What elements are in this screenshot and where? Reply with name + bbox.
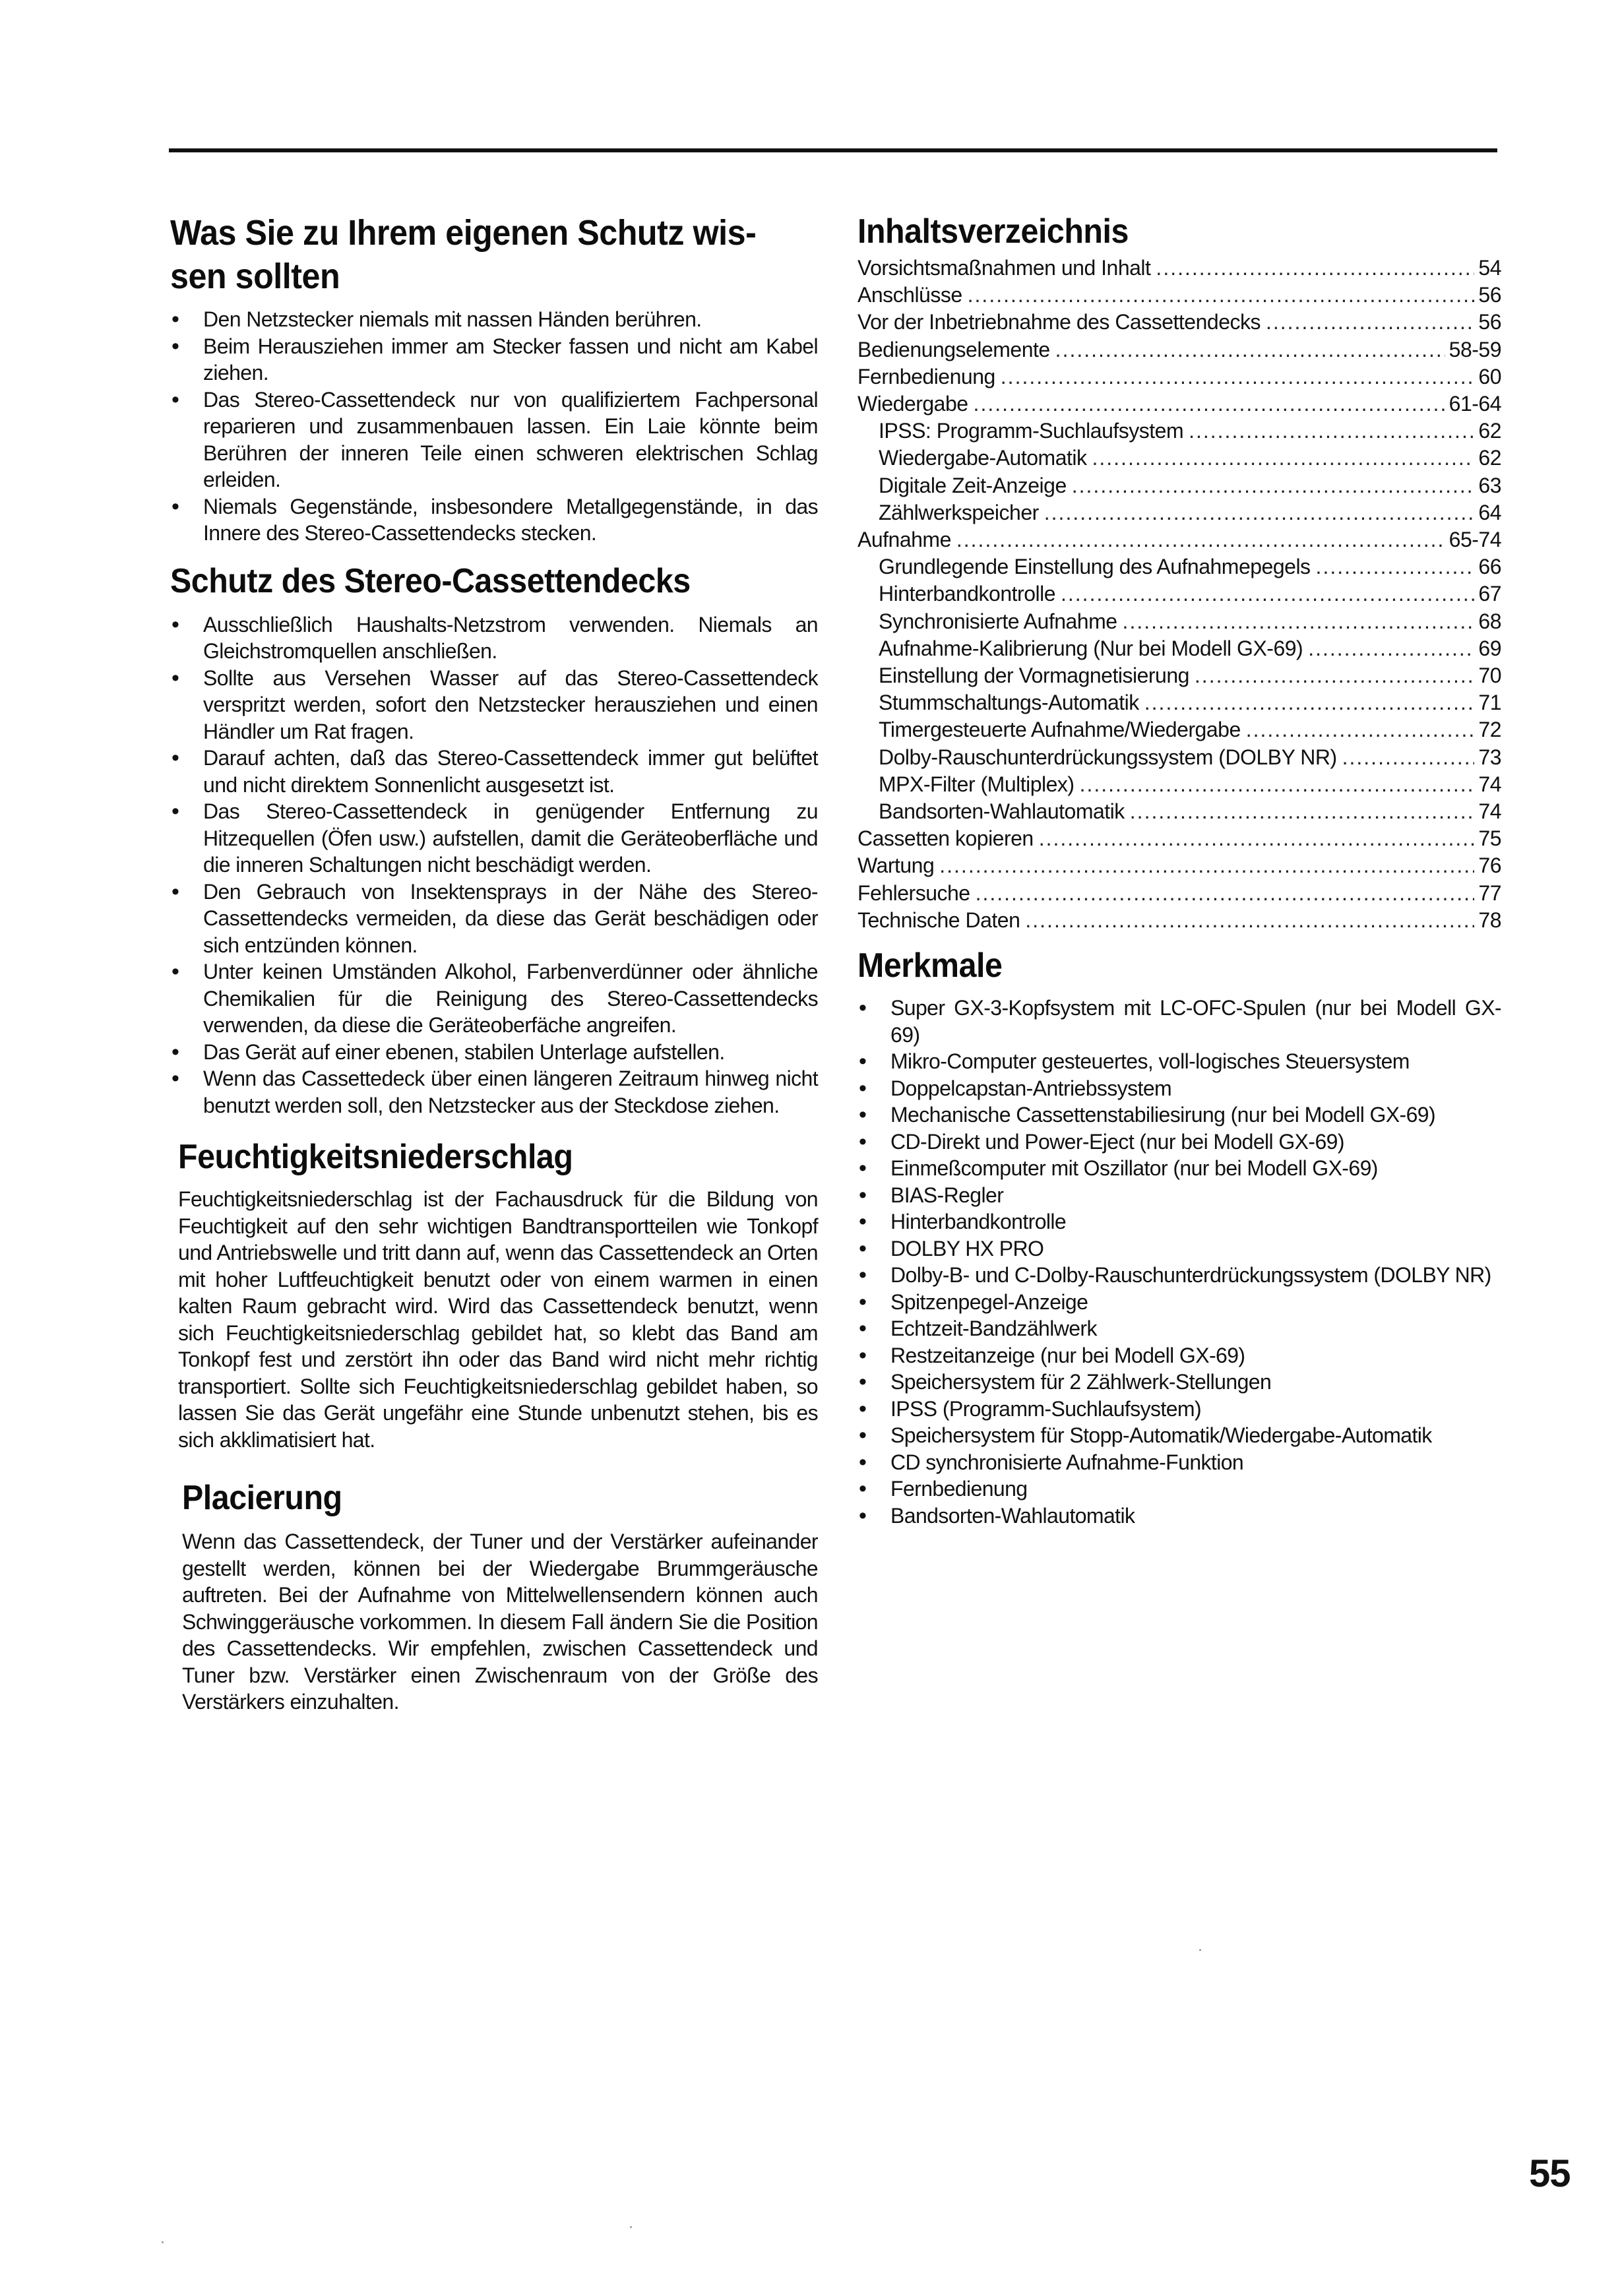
toc-leader-dots <box>1342 744 1475 771</box>
toc-entry-page: 62 <box>1474 445 1501 472</box>
toc-entry-label: Wiedergabe-Automatik <box>879 445 1092 472</box>
list-item: Das Gerät auf einer ebenen, stabilen Unt… <box>170 1039 818 1066</box>
toc-entry-label: Bedienungselemente <box>857 336 1055 363</box>
toc-entry-page: 75 <box>1474 825 1501 852</box>
toc-entry: Aufnahme65-74 <box>857 526 1501 553</box>
section-personal-safety: Was Sie zu Ihrem eigenen Schutz wis- sen… <box>170 211 818 547</box>
toc-entry: Timergesteuerte Aufnahme/Wiedergabe72 <box>857 716 1501 743</box>
toc-leader-dots <box>1316 553 1475 580</box>
toc-leader-dots <box>1092 445 1474 472</box>
header-rule <box>169 148 1497 152</box>
toc-entry-page: 67 <box>1474 580 1501 607</box>
toc-entry: Hinterbandkontrolle67 <box>857 580 1501 607</box>
list-item: DOLBY HX PRO <box>857 1235 1501 1262</box>
toc-entry: Bedienungselemente58-59 <box>857 336 1501 363</box>
toc-entry: Vor der Inbetriebnahme des Cassettendeck… <box>857 309 1501 336</box>
toc-entry-label: Technische Daten <box>857 907 1025 934</box>
toc-entry-page: 56 <box>1474 309 1501 336</box>
toc-entry-label: Anschlüsse <box>857 282 968 309</box>
list-item: Sollte aus Versehen Wasser auf das Stere… <box>170 665 818 745</box>
toc-entry-label: Fehlersuche <box>857 880 976 907</box>
toc-entry-page: 77 <box>1474 880 1501 907</box>
list-item: Beim Herausziehen immer am Stecker fasse… <box>170 333 818 387</box>
toc-entry: Dolby-Rauschunterdrückungssystem (DOLBY … <box>857 744 1501 771</box>
toc-entry-page: 72 <box>1474 716 1501 743</box>
list-item: Fernbedienung <box>857 1475 1501 1503</box>
toc-entry: Wartung76 <box>857 852 1501 879</box>
toc-entry-label: Fernbedienung <box>857 363 1001 390</box>
toc-leader-dots <box>976 880 1475 907</box>
list-item: CD-Direkt und Power-Eject (nur bei Model… <box>857 1129 1501 1156</box>
toc-entry-page: 74 <box>1474 771 1501 798</box>
toc-leader-dots <box>1001 363 1475 390</box>
list-item: Den Netzstecker niemals mit nassen Hände… <box>170 306 818 333</box>
toc-leader-dots <box>1189 418 1474 445</box>
toc-entry-page: 73 <box>1474 744 1501 771</box>
toc-leader-dots <box>1308 635 1474 662</box>
list-item: IPSS (Programm-Suchlaufsystem) <box>857 1396 1501 1423</box>
toc-entry-label: Bandsorten-Wahlautomatik <box>879 798 1130 825</box>
list-item: Unter keinen Umständen Alkohol, Farbenve… <box>170 958 818 1039</box>
heading-features: Merkmale <box>857 945 1456 987</box>
toc-entry-page: 60 <box>1474 363 1501 390</box>
section-deck-protection: Schutz des Stereo-Cassettendecks Ausschl… <box>170 560 818 1119</box>
toc-entry: Einstellung der Vormagnetisierung70 <box>857 662 1501 689</box>
protection-bullet-list: Ausschließlich Haushalts-Netzstrom verwe… <box>170 611 818 1119</box>
section-placement: Placierung Wenn das Cassettendeck, der T… <box>170 1477 818 1716</box>
toc-entry-page: 62 <box>1474 418 1501 445</box>
toc-entry: Wiedergabe61-64 <box>857 390 1501 418</box>
toc-entry: Cassetten kopieren75 <box>857 825 1501 852</box>
toc-leader-dots <box>1025 907 1474 934</box>
toc-entry: Fehlersuche77 <box>857 880 1501 907</box>
toc-entry: Aufnahme-Kalibrierung (Nur bei Modell GX… <box>857 635 1501 662</box>
toc-leader-dots <box>1130 798 1475 825</box>
list-item: BIAS-Regler <box>857 1182 1501 1209</box>
heading-deck-protection: Schutz des Stereo-Cassettendecks <box>170 560 772 602</box>
toc-entry-label: Dolby-Rauschunterdrückungssystem (DOLBY … <box>879 744 1342 771</box>
heading-placement: Placierung <box>182 1477 774 1519</box>
list-item: Das Stereo-Cassettendeck nur von qualifi… <box>170 387 818 493</box>
list-item: Echtzeit-Bandzählwerk <box>857 1315 1501 1342</box>
toc-entry-label: Aufnahme <box>857 526 956 553</box>
toc-entry-label: Digitale Zeit-Anzeige <box>879 472 1072 499</box>
list-item: Spitzenpegel-Anzeige <box>857 1289 1501 1316</box>
toc-entry-page: 66 <box>1474 553 1501 580</box>
list-item: Bandsorten-Wahlautomatik <box>857 1503 1501 1530</box>
toc-entry-label: Stummschaltungs-Automatik <box>879 689 1144 716</box>
placement-text: Wenn das Cassettendeck, der Tuner und de… <box>182 1528 818 1716</box>
toc-leader-dots <box>1072 472 1475 499</box>
toc-entry: Grundlegende Einstellung des Aufnahmepeg… <box>857 553 1501 580</box>
toc-leader-dots <box>968 282 1475 309</box>
toc-entry-page: 70 <box>1474 662 1501 689</box>
toc-entry-label: Wartung <box>857 852 939 879</box>
toc-leader-dots <box>974 390 1445 418</box>
toc-entry-label: IPSS: Programm-Suchlaufsystem <box>879 418 1189 445</box>
toc-leader-dots <box>1156 255 1474 282</box>
heading-personal-safety: Was Sie zu Ihrem eigenen Schutz wis- sen… <box>170 211 821 298</box>
toc-entry-page: 78 <box>1474 907 1501 934</box>
toc-entry-page: 74 <box>1474 798 1501 825</box>
toc-entry-page: 54 <box>1474 255 1501 282</box>
toc-entry: Anschlüsse56 <box>857 282 1501 309</box>
toc-entry: Zählwerkspeicher64 <box>857 499 1501 526</box>
scan-speck <box>162 2241 164 2243</box>
features-bullet-list: Super GX-3-Kopfsystem mit LC-OFC-Spulen … <box>857 995 1501 1529</box>
list-item: Darauf achten, daß das Stereo-Cassettend… <box>170 745 818 798</box>
list-item: Das Stereo-Cassettendeck in genügender E… <box>170 798 818 879</box>
list-item: Dolby-B- und C-Dolby-Rauschunterdrückung… <box>857 1262 1501 1289</box>
toc-entry-page: 68 <box>1474 608 1501 635</box>
toc-leader-dots <box>1080 771 1475 798</box>
toc-leader-dots <box>1266 309 1474 336</box>
list-item: CD synchronisierte Aufnahme-Funktion <box>857 1449 1501 1476</box>
toc-leader-dots <box>1195 662 1475 689</box>
toc-entry: Vorsichtsmaßnahmen und Inhalt54 <box>857 255 1501 282</box>
toc-entry-page: 69 <box>1474 635 1501 662</box>
list-item: Hinterbandkontrolle <box>857 1208 1501 1235</box>
toc-entry: Stummschaltungs-Automatik71 <box>857 689 1501 716</box>
toc-entry: Synchronisierte Aufnahme68 <box>857 608 1501 635</box>
left-column: Was Sie zu Ihrem eigenen Schutz wis- sen… <box>170 211 818 1716</box>
toc-entry-label: Aufnahme-Kalibrierung (Nur bei Modell GX… <box>879 635 1308 662</box>
heading-condensation: Feuchtigkeitsniederschlag <box>178 1136 773 1178</box>
list-item: Mechanische Cassettenstabiliesirung (nur… <box>857 1101 1501 1129</box>
toc-entry-page: 76 <box>1474 852 1501 879</box>
toc-leader-dots <box>939 852 1474 879</box>
list-item: Ausschließlich Haushalts-Netzstrom verwe… <box>170 611 818 665</box>
list-item: Speichersystem für 2 Zählwerk-Stellungen <box>857 1369 1501 1396</box>
toc-entry-label: Einstellung der Vormagnetisierung <box>879 662 1195 689</box>
toc-entry: Digitale Zeit-Anzeige63 <box>857 472 1501 499</box>
toc-list: Vorsichtsmaßnahmen und Inhalt54Anschlüss… <box>857 255 1501 934</box>
toc-entry-label: Cassetten kopieren <box>857 825 1039 852</box>
toc-leader-dots <box>956 526 1445 553</box>
toc-leader-dots <box>1123 608 1475 635</box>
toc-entry-label: Zählwerkspeicher <box>879 499 1044 526</box>
toc-entry: IPSS: Programm-Suchlaufsystem62 <box>857 418 1501 445</box>
toc-leader-dots <box>1044 499 1475 526</box>
toc-entry-label: Vor der Inbetriebnahme des Cassettendeck… <box>857 309 1266 336</box>
toc-entry-page: 63 <box>1474 472 1501 499</box>
list-item: Einmeßcomputer mit Oszillator (nur bei M… <box>857 1155 1501 1182</box>
right-column: Inhaltsverzeichnis Vorsichtsmaßnahmen un… <box>857 211 1501 1529</box>
list-item: Wenn das Cassettedeck über einen längere… <box>170 1065 818 1119</box>
toc-entry-page: 65-74 <box>1445 526 1501 553</box>
list-item: Doppelcapstan-Antriebssystem <box>857 1075 1501 1102</box>
safety-bullet-list: Den Netzstecker niemals mit nassen Hände… <box>170 306 818 547</box>
toc-entry: Wiedergabe-Automatik62 <box>857 445 1501 472</box>
scan-speck <box>630 2226 632 2228</box>
list-item: Super GX-3-Kopfsystem mit LC-OFC-Spulen … <box>857 995 1501 1048</box>
toc-entry-page: 61-64 <box>1445 390 1501 418</box>
toc-entry-page: 58-59 <box>1445 336 1501 363</box>
list-item: Restzeitanzeige (nur bei Modell GX-69) <box>857 1342 1501 1369</box>
toc-entry-label: Vorsichtsmaßnahmen und Inhalt <box>857 255 1156 282</box>
toc-entry-page: 64 <box>1474 499 1501 526</box>
toc-entry-page: 71 <box>1474 689 1501 716</box>
toc-entry-page: 56 <box>1474 282 1501 309</box>
toc-entry-label: Hinterbandkontrolle <box>879 580 1061 607</box>
toc-leader-dots <box>1039 825 1475 852</box>
section-condensation: Feuchtigkeitsniederschlag Feuchtigkeitsn… <box>170 1136 818 1453</box>
toc-leader-dots <box>1144 689 1475 716</box>
toc-entry-label: Grundlegende Einstellung des Aufnahmepeg… <box>879 553 1316 580</box>
toc-leader-dots <box>1061 580 1474 607</box>
list-item: Den Gebrauch von Insektensprays in der N… <box>170 879 818 959</box>
scan-speck <box>1199 1949 1201 1951</box>
toc-leader-dots <box>1055 336 1445 363</box>
toc-entry: Bandsorten-Wahlautomatik74 <box>857 798 1501 825</box>
toc-entry-label: Timergesteuerte Aufnahme/Wiedergabe <box>879 716 1246 743</box>
list-item: Mikro-Computer gesteuertes, voll-logisch… <box>857 1048 1501 1075</box>
page-number: 55 <box>1529 2152 1571 2196</box>
toc-entry-label: MPX-Filter (Multiplex) <box>879 771 1080 798</box>
toc-entry: MPX-Filter (Multiplex)74 <box>857 771 1501 798</box>
condensation-text: Feuchtigkeitsniederschlag ist der Fachau… <box>178 1186 818 1453</box>
list-item: Speichersystem für Stopp-Automatik/Wiede… <box>857 1422 1501 1449</box>
toc-entry-label: Wiedergabe <box>857 390 974 418</box>
section-features: Merkmale Super GX-3-Kopfsystem mit LC-OF… <box>857 945 1501 1529</box>
toc-leader-dots <box>1246 716 1475 743</box>
toc-entry-label: Synchronisierte Aufnahme <box>879 608 1123 635</box>
section-table-of-contents: Inhaltsverzeichnis Vorsichtsmaßnahmen un… <box>857 211 1501 934</box>
toc-entry: Technische Daten78 <box>857 907 1501 934</box>
heading-table-of-contents: Inhaltsverzeichnis <box>857 211 1456 252</box>
list-item: Niemals Gegenstände, insbesondere Metall… <box>170 493 818 547</box>
toc-entry: Fernbedienung60 <box>857 363 1501 390</box>
